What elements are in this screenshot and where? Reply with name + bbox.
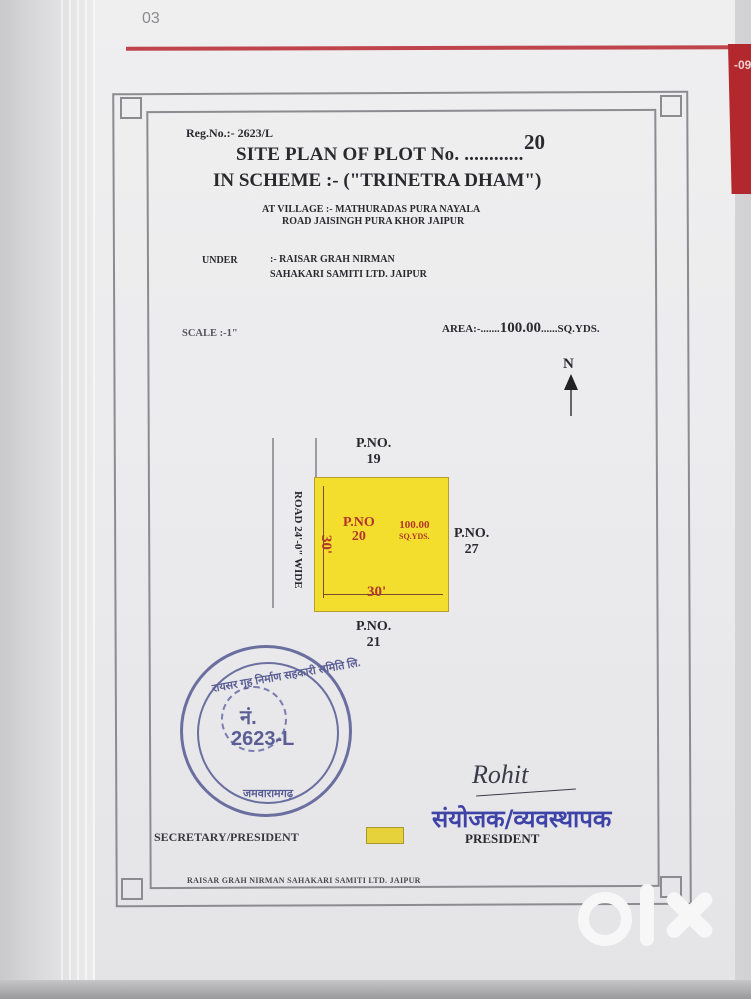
handwritten-mark: 03 [142, 10, 160, 28]
address-line-1: AT VILLAGE :- MATHURADAS PURA NAYALA [262, 204, 480, 215]
neighbor-label: P.NO. [356, 436, 391, 452]
corner-ornament [660, 95, 682, 117]
neighbor-label: P.NO. [454, 526, 489, 542]
neighbor-plot-27: P.NO. 27 [454, 526, 489, 558]
road-label: ROAD 24'-0" WIDE [292, 491, 304, 581]
olx-l-glyph [640, 884, 654, 946]
depth-dimension: 30' [317, 535, 334, 554]
neighbor-label: P.NO. [356, 619, 391, 635]
site-plan-title: SITE PLAN OF PLOT No. ............ [236, 144, 524, 166]
corner-ornament [121, 878, 143, 900]
society-line-2: SAHAKARI SAMITI LTD. JAIPUR [270, 269, 427, 280]
north-label: N [563, 356, 574, 373]
plot-label-number: 20 [343, 530, 375, 544]
stamp-reg-number: 2623-L [231, 728, 294, 751]
area-suffix: ......SQ.YDS. [541, 323, 600, 335]
plot-20-area: P.NO 20 100.00 SQ.YDS. 30' 30' [314, 477, 449, 612]
plot-area-unit: SQ.YDS. [399, 531, 430, 542]
road-edge-line [272, 438, 274, 608]
red-side-tab: -09 [728, 44, 751, 194]
plot-area-value: 100.00 [399, 520, 430, 531]
neighbor-number: 19 [356, 452, 391, 468]
footer-organization: RAISAR GRAH NIRMAN SAHAKARI SAMITI LTD. … [187, 876, 421, 885]
area-label: AREA:-.......100.00......SQ.YDS. [442, 320, 600, 337]
plot-area: 100.00 SQ.YDS. [399, 520, 430, 542]
plot-label: P.NO 20 [343, 516, 375, 544]
olx-x-glyph [662, 888, 714, 940]
north-arrow-icon [564, 374, 578, 390]
plot-number: 20 [524, 130, 545, 155]
scale-label: SCALE :-1" [182, 328, 238, 339]
road-edge-line [315, 438, 317, 478]
signature: Rohit [472, 760, 528, 790]
neighbor-plot-19: P.NO. 19 [356, 436, 391, 468]
neighbor-number: 21 [356, 635, 391, 651]
society-seal-stamp: रायसर गृह निर्माण सहकारी समिति लि. नं. 2… [180, 645, 352, 817]
red-tab-text: -09 [734, 58, 751, 72]
olx-watermark-logo [578, 884, 718, 944]
legend-swatch [366, 827, 404, 844]
neighbor-plot-21: P.NO. 21 [356, 619, 391, 651]
society-line-1: :- RAISAR GRAH NIRMAN [270, 254, 395, 265]
address-line-2: ROAD JAISINGH PURA KHOR JAIPUR [282, 216, 464, 227]
stamp-no-label: नं. [240, 703, 257, 730]
secretary-label: SECRETARY/PRESIDENT [154, 830, 299, 845]
stamp-bottom-text: जमवारामगढ़ [243, 786, 293, 801]
paper-stack-lines [55, 0, 95, 999]
area-value: 100.00 [500, 320, 541, 336]
olx-o-glyph [578, 892, 632, 946]
registration-number: Reg.No.:- 2623/L [186, 126, 273, 141]
neighbor-number: 27 [454, 542, 489, 558]
width-dimension: 30' [367, 584, 386, 601]
corner-ornament [120, 97, 142, 119]
north-arrow-stem [570, 390, 572, 416]
under-label: UNDER [202, 255, 238, 266]
president-label: PRESIDENT [465, 831, 539, 847]
scheme-title: IN SCHEME :- ("TRINETRA DHAM") [213, 170, 541, 192]
bottom-shadow [0, 980, 751, 999]
area-prefix: AREA:-....... [442, 323, 500, 335]
plot-label-text: P.NO [343, 516, 375, 530]
